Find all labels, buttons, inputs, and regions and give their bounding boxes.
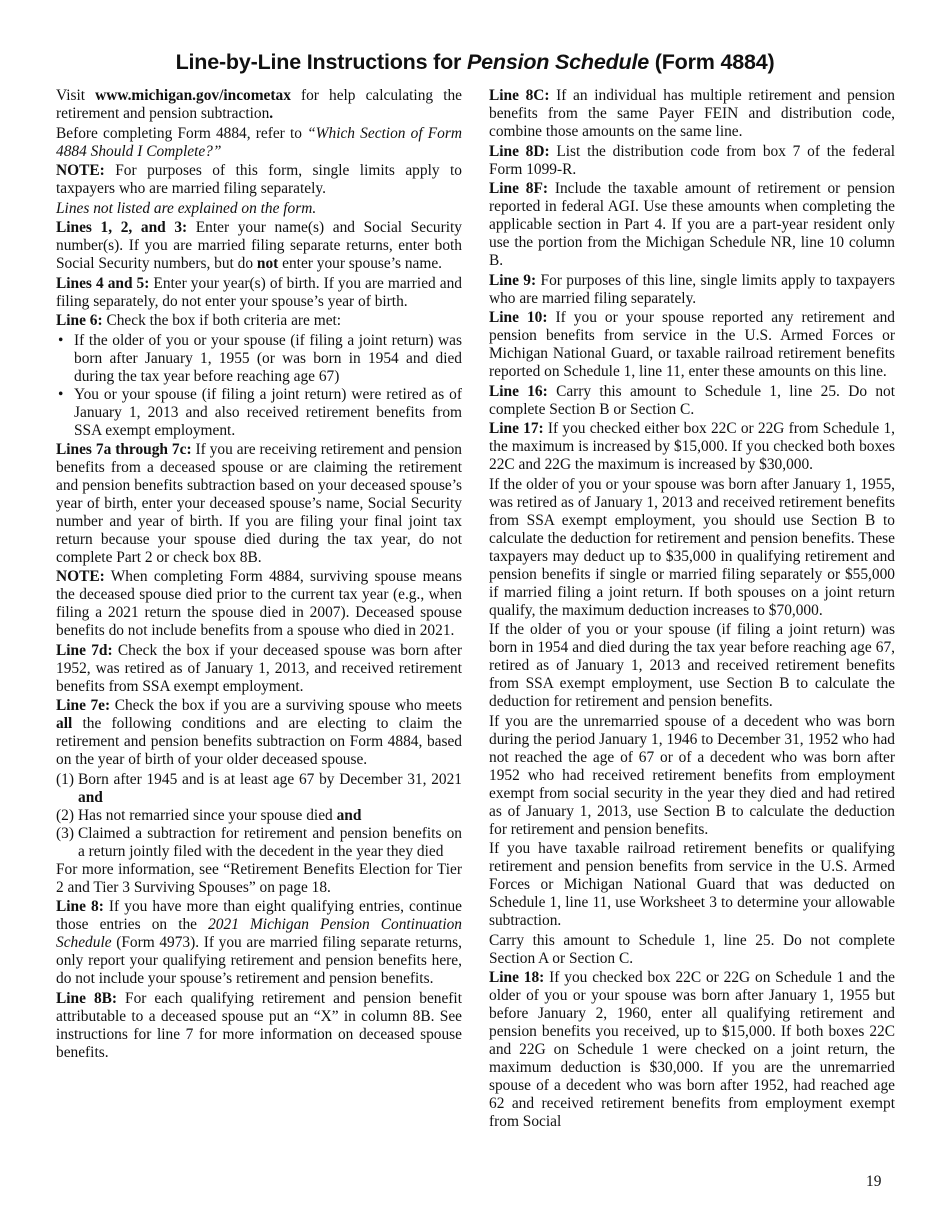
text: Claimed a subtraction for retirement and… bbox=[78, 825, 462, 860]
text: not bbox=[257, 255, 278, 272]
text: If you are the unremarried spouse of a d… bbox=[489, 713, 895, 838]
line-label: Lines 7a through 7c: bbox=[56, 441, 192, 458]
line-label: Line 8C: bbox=[489, 87, 550, 104]
condition-number: (2) bbox=[56, 807, 74, 825]
line-label: Line 8B: bbox=[56, 990, 117, 1007]
text: Carry this amount to Schedule 1, line 25… bbox=[489, 383, 895, 418]
instruction-line-8f: Line 8F: Include the taxable amount of r… bbox=[489, 180, 895, 270]
note-label: NOTE: bbox=[56, 162, 105, 179]
instruction-line-16: Line 16: Carry this amount to Schedule 1… bbox=[489, 383, 895, 419]
condition-item: (3)Claimed a subtraction for retirement … bbox=[56, 825, 462, 861]
title-text: Line-by-Line Instructions for bbox=[176, 50, 467, 74]
text: Check the box if you are a surviving spo… bbox=[110, 697, 462, 714]
condition-item: (1)Born after 1945 and is at least age 6… bbox=[56, 771, 462, 807]
line-label: Line 7d: bbox=[56, 642, 113, 659]
criteria-item: If the older of you or your spouse (if f… bbox=[56, 332, 462, 386]
line-label: Line 10: bbox=[489, 309, 547, 326]
text: Carry this amount to Schedule 1, line 25… bbox=[489, 932, 895, 967]
line-label: Line 7e: bbox=[56, 697, 110, 714]
section-b-born-after-1955: If the older of you or your spouse was b… bbox=[489, 476, 895, 620]
instruction-line-18: Line 18: If you checked box 22C or 22G o… bbox=[489, 969, 895, 1131]
text: Born after 1945 and is at least age 67 b… bbox=[78, 771, 462, 788]
line-label: Line 16: bbox=[489, 383, 548, 400]
instruction-lines-1-3: Lines 1, 2, and 3: Enter your name(s) an… bbox=[56, 219, 462, 273]
condition-item: (2)Has not remarried since your spouse d… bbox=[56, 807, 462, 825]
instruction-line-7d: Line 7d: Check the box if your deceased … bbox=[56, 642, 462, 696]
website-link[interactable]: www.michigan.gov/incometax bbox=[95, 87, 291, 104]
line-6-criteria-list: If the older of you or your spouse (if f… bbox=[56, 332, 462, 440]
section-b-born-1954: If the older of you or your spouse (if f… bbox=[489, 621, 895, 711]
condition-number: (3) bbox=[56, 825, 74, 843]
text: When completing Form 4884, surviving spo… bbox=[56, 568, 462, 639]
text: List the distribution code from box 7 of… bbox=[489, 143, 895, 178]
instruction-line-8d: Line 8D: List the distribution code from… bbox=[489, 143, 895, 179]
worksheet-3-paragraph: If you have taxable railroad retirement … bbox=[489, 840, 895, 930]
text: For each qualifying retirement and pensi… bbox=[56, 990, 462, 1061]
text: If you or your spouse reported any retir… bbox=[489, 309, 895, 380]
text: . bbox=[269, 105, 273, 122]
text: enter your spouse’s name. bbox=[278, 255, 442, 272]
text: Has not remarried since your spouse died bbox=[78, 807, 337, 824]
text: Check the box if both criteria are met: bbox=[103, 312, 341, 329]
text: and bbox=[78, 789, 103, 806]
before-completing-paragraph: Before completing Form 4884, refer to “W… bbox=[56, 125, 462, 161]
line-label: Line 8D: bbox=[489, 143, 550, 160]
text: If the older of you or your spouse (if f… bbox=[489, 621, 895, 710]
instruction-line-9: Line 9: For purposes of this line, singl… bbox=[489, 272, 895, 308]
instruction-line-10: Line 10: If you or your spouse reported … bbox=[489, 309, 895, 381]
instruction-line-8: Line 8: If you have more than eight qual… bbox=[56, 898, 462, 988]
line-label: Lines 1, 2, and 3: bbox=[56, 219, 187, 236]
line-label: Line 8F: bbox=[489, 180, 548, 197]
instruction-line-8c: Line 8C: If an individual has multiple r… bbox=[489, 87, 895, 141]
line-label: Line 17: bbox=[489, 420, 544, 437]
note-married-separately: NOTE: For purposes of this form, single … bbox=[56, 162, 462, 198]
carry-amount-paragraph: Carry this amount to Schedule 1, line 25… bbox=[489, 932, 895, 968]
line-label: Line 18: bbox=[489, 969, 544, 986]
text: If you checked box 22C or 22G on Schedul… bbox=[489, 969, 895, 1130]
condition-number: (1) bbox=[56, 771, 74, 789]
line-label: Lines 4 and 5: bbox=[56, 275, 149, 292]
text: For purposes of this form, single limits… bbox=[56, 162, 462, 197]
text: all bbox=[56, 715, 72, 732]
right-column: Line 8C: If an individual has multiple r… bbox=[489, 87, 895, 1133]
text: Before completing Form 4884, refer to bbox=[56, 125, 307, 142]
instruction-line-7e: Line 7e: Check the box if you are a surv… bbox=[56, 697, 462, 769]
title-form-number: (Form 4884) bbox=[649, 50, 774, 74]
text: Lines not listed are explained on the fo… bbox=[56, 200, 316, 217]
more-info-paragraph: For more information, see “Retirement Be… bbox=[56, 861, 462, 897]
text: If you checked either box 22C or 22G fro… bbox=[489, 420, 895, 473]
title-form-name: Pension Schedule bbox=[467, 50, 649, 74]
line-7e-conditions-list: (1)Born after 1945 and is at least age 6… bbox=[56, 771, 462, 861]
text: If an individual has multiple retirement… bbox=[489, 87, 895, 140]
section-b-unremarried-spouse: If you are the unremarried spouse of a d… bbox=[489, 713, 895, 839]
instruction-lines-7a-7c: Lines 7a through 7c: If you are receivin… bbox=[56, 441, 462, 567]
note-label: NOTE: bbox=[56, 568, 105, 585]
instruction-line-8b: Line 8B: For each qualifying retirement … bbox=[56, 990, 462, 1062]
note-surviving-spouse: NOTE: When completing Form 4884, survivi… bbox=[56, 568, 462, 640]
text: Check the box if your deceased spouse wa… bbox=[56, 642, 462, 695]
text: and bbox=[337, 807, 362, 824]
line-label: Line 6: bbox=[56, 312, 103, 329]
criteria-item: You or your spouse (if filing a joint re… bbox=[56, 386, 462, 440]
text: (Form 4973). If you are married filing s… bbox=[56, 934, 462, 987]
text: If you are receiving retirement and pens… bbox=[56, 441, 462, 566]
instruction-line-6: Line 6: Check the box if both criteria a… bbox=[56, 312, 462, 330]
text: the following conditions and are electin… bbox=[56, 715, 462, 768]
line-label: Line 8: bbox=[56, 898, 104, 915]
instruction-line-17: Line 17: If you checked either box 22C o… bbox=[489, 420, 895, 474]
instruction-lines-4-5: Lines 4 and 5: Enter your year(s) of bir… bbox=[56, 275, 462, 311]
text: For more information, see “Retirement Be… bbox=[56, 861, 462, 896]
text: Include the taxable amount of retirement… bbox=[489, 180, 895, 269]
lines-not-listed-note: Lines not listed are explained on the fo… bbox=[56, 200, 462, 218]
intro-visit-paragraph: Visit www.michigan.gov/incometax for hel… bbox=[56, 87, 462, 123]
line-label: Line 9: bbox=[489, 272, 536, 289]
text: Visit bbox=[56, 87, 95, 104]
left-column: Visit www.michigan.gov/incometax for hel… bbox=[56, 87, 462, 1063]
page-title: Line-by-Line Instructions for Pension Sc… bbox=[0, 50, 950, 75]
text: For purposes of this line, single limits… bbox=[489, 272, 895, 307]
text: If you have taxable railroad retirement … bbox=[489, 840, 895, 929]
page-number: 19 bbox=[866, 1173, 881, 1191]
text: If the older of you or your spouse was b… bbox=[489, 476, 895, 619]
